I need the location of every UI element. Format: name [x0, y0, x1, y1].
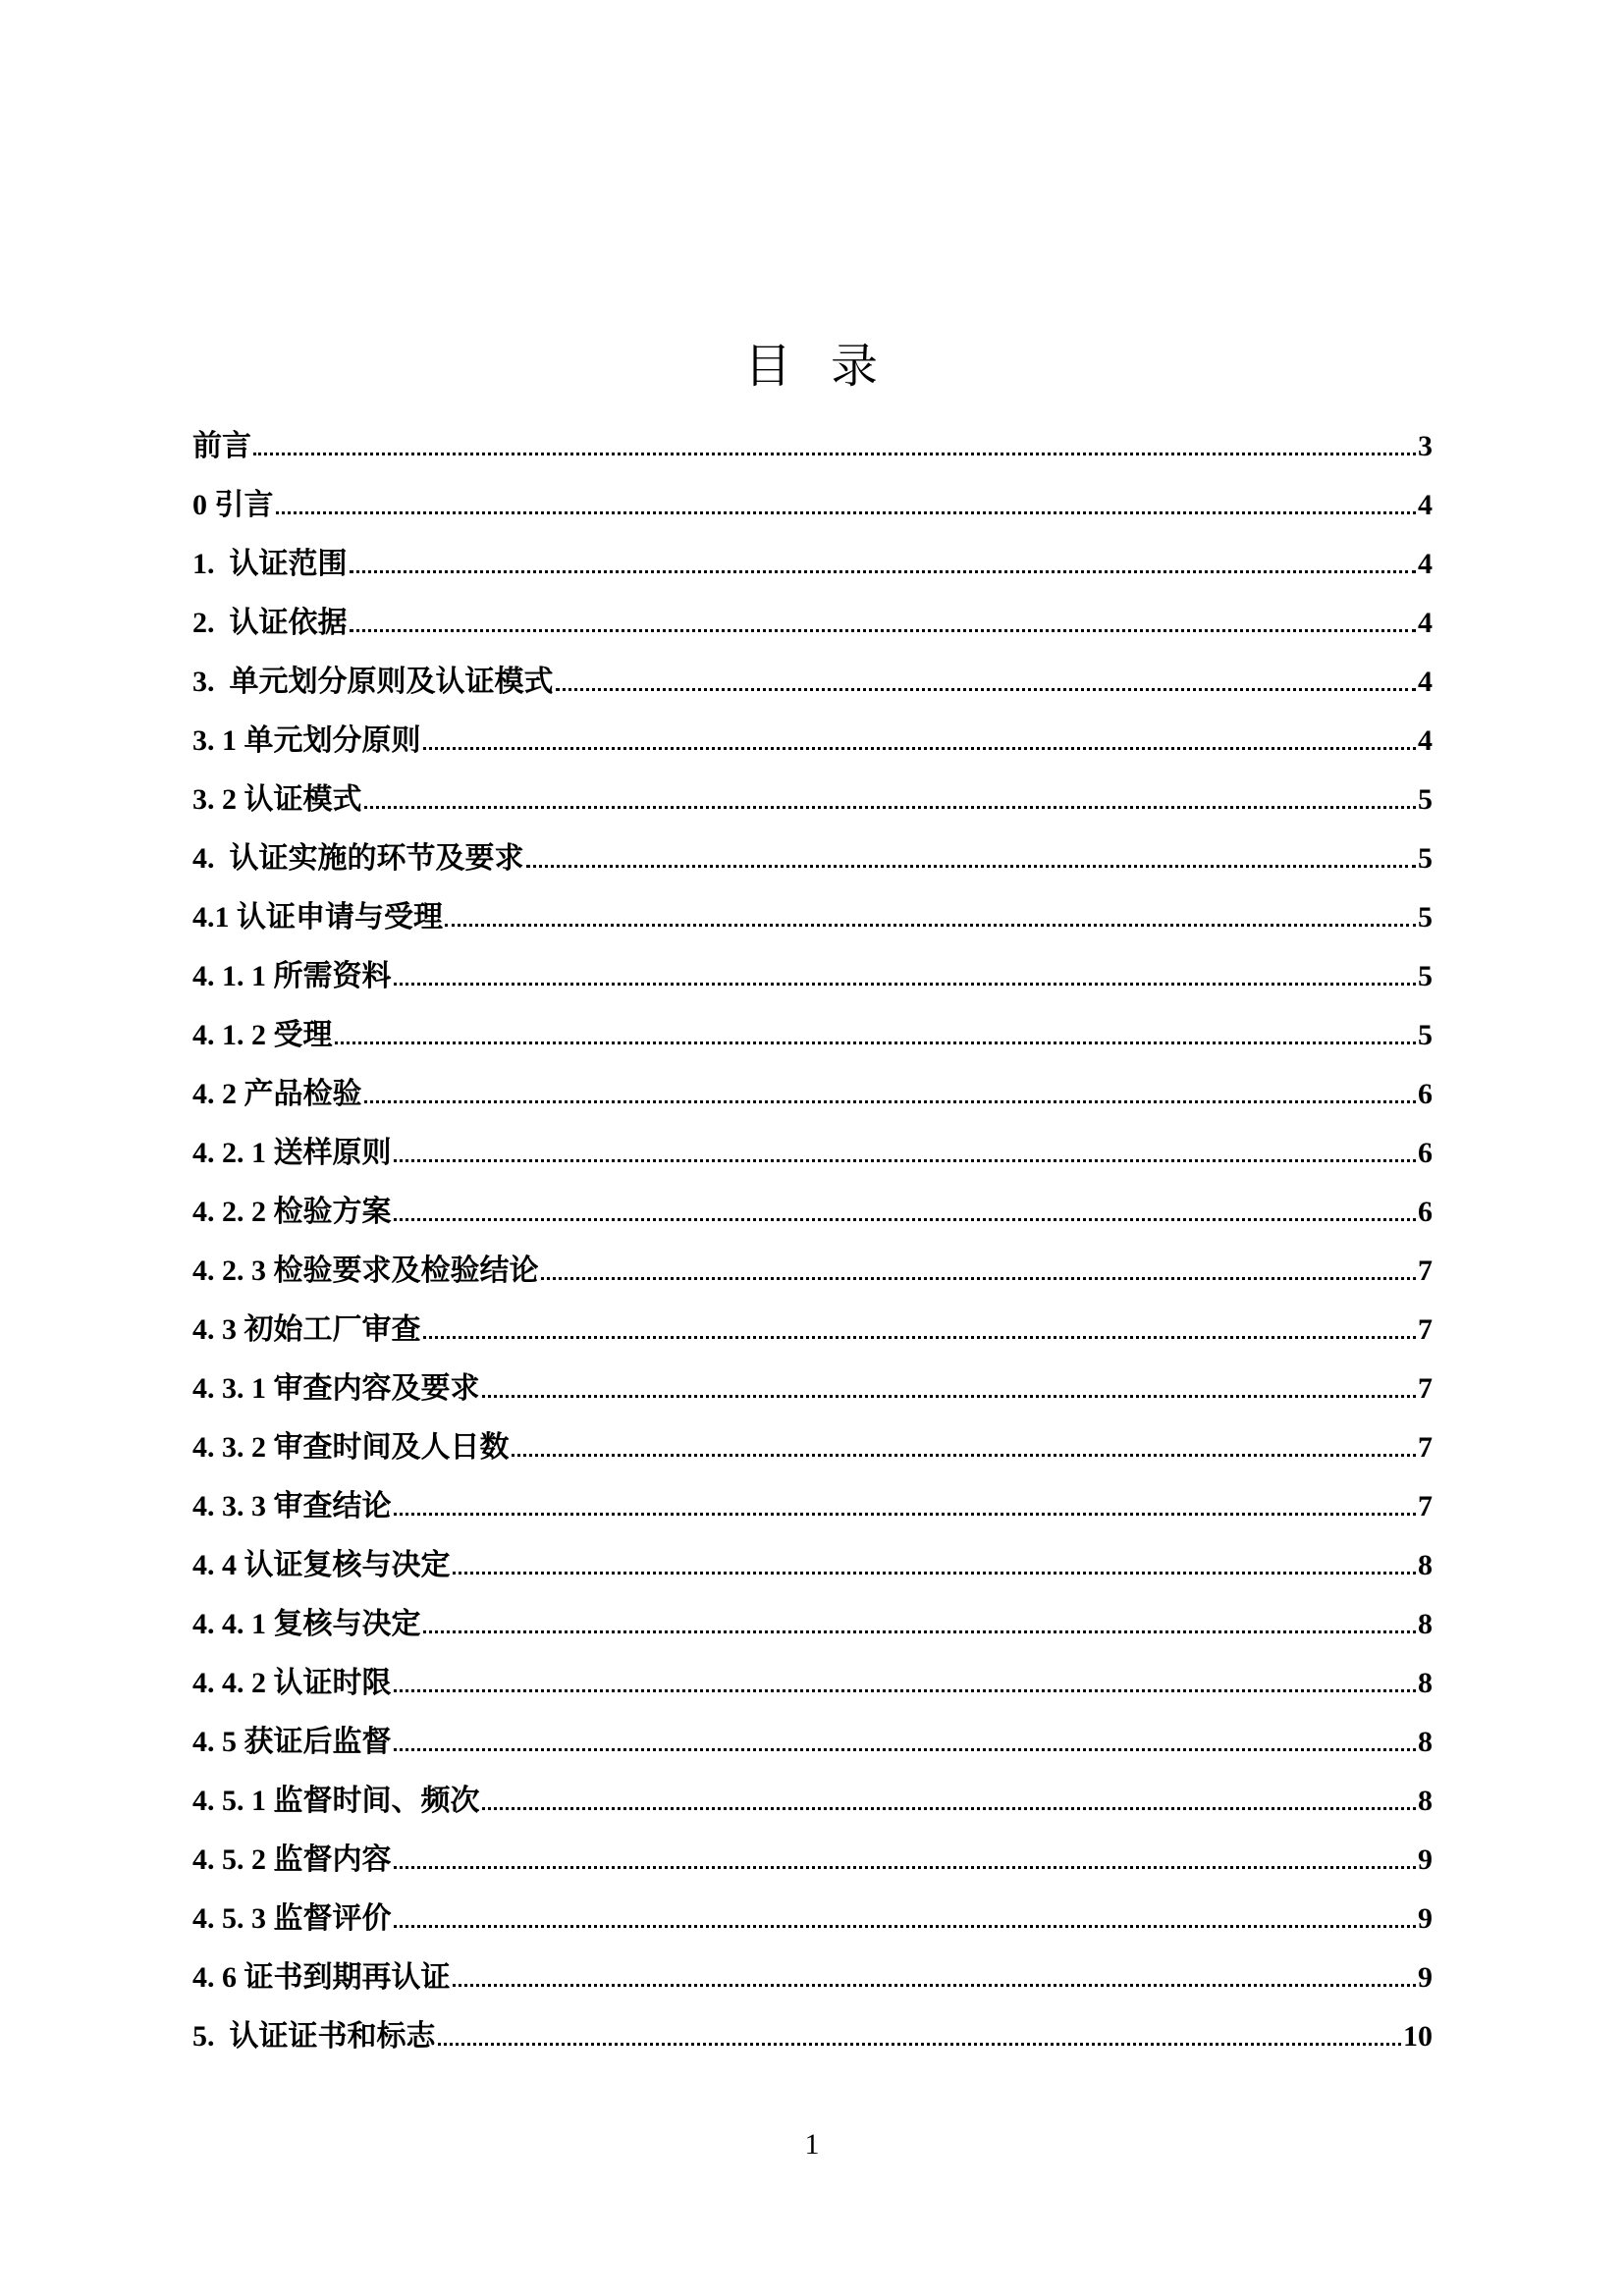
- toc-entry: 4. 3 初始工厂审查 7: [192, 1302, 1433, 1361]
- toc-entry-page: 4: [1418, 607, 1433, 641]
- toc-entry-label: 4. 4. 1 复核与决定: [192, 1608, 421, 1642]
- toc-entry-label: 4. 2. 3 检验要求及检验结论: [192, 1255, 539, 1289]
- toc-entry: 4. 3. 3 审查结论 7: [192, 1478, 1433, 1537]
- toc-entry-page: 6: [1418, 1137, 1433, 1171]
- toc-entry-label: 5. 认证证书和标志: [192, 2020, 436, 2055]
- toc-entry-label: 3. 2 认证模式: [192, 783, 362, 818]
- toc-entry-page: 5: [1418, 901, 1433, 935]
- toc-entry-page: 8: [1418, 1549, 1433, 1583]
- toc-entry-label: 4. 3. 2 审查时间及人日数: [192, 1431, 510, 1466]
- dot-leader: [541, 1248, 1417, 1280]
- toc-entry: 4. 5. 2 监督内容 9: [192, 1832, 1433, 1891]
- dot-leader: [350, 600, 1417, 632]
- toc-entry-label: 2. 认证依据: [192, 607, 348, 641]
- dot-leader: [394, 1189, 1417, 1221]
- toc-entry-page: 7: [1418, 1313, 1433, 1348]
- toc-entry: 2. 认证依据 4: [192, 595, 1433, 654]
- toc-entry-label: 4. 3. 1 审查内容及要求: [192, 1372, 480, 1407]
- toc-entry-label: 4. 5 获证后监督: [192, 1726, 392, 1760]
- toc-entry-page: 3: [1418, 430, 1433, 464]
- dot-leader: [394, 1837, 1417, 1869]
- toc-entry-page: 5: [1418, 842, 1433, 877]
- dot-leader: [453, 1954, 1417, 1987]
- dot-leader: [556, 659, 1417, 691]
- dot-leader: [394, 1896, 1417, 1928]
- dot-leader: [394, 1660, 1417, 1692]
- toc-entry-page: 8: [1418, 1726, 1433, 1760]
- toc-entry-label: 4. 6 证书到期再认证: [192, 1961, 451, 1996]
- toc-entry-label: 3. 单元划分原则及认证模式: [192, 666, 554, 700]
- toc-entry: 3. 单元划分原则及认证模式 4: [192, 654, 1433, 713]
- toc-entry-label: 4. 2 产品检验: [192, 1078, 362, 1112]
- toc-entry-page: 9: [1418, 1843, 1433, 1878]
- toc-entry: 前言 3: [192, 418, 1433, 477]
- toc-entry-label: 4. 认证实施的环节及要求: [192, 842, 524, 877]
- toc-entry: 5. 认证证书和标志 10: [192, 2008, 1433, 2067]
- dot-leader: [364, 776, 1417, 809]
- dot-leader: [276, 482, 1417, 514]
- toc-entry-label: 4. 3. 3 审查结论: [192, 1490, 392, 1524]
- dot-leader: [526, 835, 1417, 868]
- toc-entry-page: 8: [1418, 1785, 1433, 1819]
- document-page: 目 录 前言 3 0 引言 4 1. 认证范围 4 2. 认证依据 4 3. 单…: [0, 0, 1624, 2296]
- dot-leader: [482, 1365, 1417, 1398]
- toc-entry-label: 4. 1. 2 受理: [192, 1019, 333, 1053]
- toc-entry-label: 4. 5. 1 监督时间、频次: [192, 1785, 480, 1819]
- toc-entry-page: 4: [1418, 489, 1433, 523]
- toc-entry-label: 4. 3 初始工厂审查: [192, 1313, 421, 1348]
- toc-entry-page: 6: [1418, 1196, 1433, 1230]
- toc-entry: 3. 1 单元划分原则 4: [192, 713, 1433, 772]
- toc-entry-label: 4. 4. 2 认证时限: [192, 1667, 392, 1701]
- dot-leader: [438, 2013, 1402, 2046]
- toc-entry-label: 4. 4 认证复核与决定: [192, 1549, 451, 1583]
- toc-entry-label: 4. 2. 1 送样原则: [192, 1137, 392, 1171]
- toc-entry-page: 7: [1418, 1431, 1433, 1466]
- toc-entry-page: 5: [1418, 783, 1433, 818]
- toc-entry-page: 8: [1418, 1667, 1433, 1701]
- toc-entry: 4. 3. 2 审查时间及人日数 7: [192, 1419, 1433, 1478]
- toc-entry-page: 9: [1418, 1902, 1433, 1937]
- toc-entry-page: 10: [1403, 2020, 1433, 2055]
- toc-entry-label: 4.1 认证申请与受理: [192, 901, 443, 935]
- toc-entry: 3. 2 认证模式 5: [192, 772, 1433, 830]
- dot-leader: [423, 718, 1417, 750]
- toc-entry: 4. 2. 3 检验要求及检验结论 7: [192, 1243, 1433, 1302]
- dot-leader: [423, 1307, 1417, 1339]
- dot-leader: [364, 1071, 1417, 1103]
- dot-leader: [394, 1483, 1417, 1516]
- toc-entry-page: 7: [1418, 1372, 1433, 1407]
- dot-leader: [512, 1424, 1417, 1457]
- toc-entry-page: 4: [1418, 548, 1433, 582]
- toc-entry: 4. 5. 1 监督时间、频次 8: [192, 1773, 1433, 1832]
- toc-entry: 4. 6 证书到期再认证 9: [192, 1949, 1433, 2008]
- toc-entry: 4. 1. 1 所需资料 5: [192, 948, 1433, 1007]
- toc-entry-label: 1. 认证范围: [192, 548, 348, 582]
- toc-entry-page: 8: [1418, 1608, 1433, 1642]
- document-title: 目 录: [0, 328, 1624, 396]
- toc-entry-label: 4. 5. 3 监督评价: [192, 1902, 392, 1937]
- toc-entry-page: 5: [1418, 960, 1433, 994]
- toc-entry: 0 引言 4: [192, 477, 1433, 536]
- toc-entry-page: 7: [1418, 1490, 1433, 1524]
- toc-entry: 4. 4. 2 认证时限 8: [192, 1655, 1433, 1714]
- toc-entry: 4. 4 认证复核与决定 8: [192, 1537, 1433, 1596]
- toc-entry-label: 0 引言: [192, 489, 274, 523]
- footer-page-number: 1: [0, 2128, 1624, 2162]
- toc-entry-page: 6: [1418, 1078, 1433, 1112]
- dot-leader: [394, 1719, 1417, 1751]
- toc-entry: 4. 5 获证后监督 8: [192, 1714, 1433, 1773]
- toc-entry: 4. 3. 1 审查内容及要求 7: [192, 1361, 1433, 1419]
- dot-leader: [394, 1130, 1417, 1162]
- toc-list: 前言 3 0 引言 4 1. 认证范围 4 2. 认证依据 4 3. 单元划分原…: [192, 418, 1433, 2067]
- toc-entry-page: 5: [1418, 1019, 1433, 1053]
- toc-entry: 4. 1. 2 受理 5: [192, 1007, 1433, 1066]
- dot-leader: [423, 1601, 1417, 1633]
- dot-leader: [335, 1012, 1417, 1044]
- toc-entry: 1. 认证范围 4: [192, 536, 1433, 595]
- toc-entry: 4. 2. 1 送样原则 6: [192, 1125, 1433, 1184]
- toc-entry: 4. 认证实施的环节及要求 5: [192, 830, 1433, 889]
- toc-entry: 4. 2. 2 检验方案 6: [192, 1184, 1433, 1243]
- toc-entry: 4. 4. 1 复核与决定 8: [192, 1596, 1433, 1655]
- toc-entry: 4. 5. 3 监督评价 9: [192, 1891, 1433, 1949]
- dot-leader: [445, 894, 1416, 927]
- dot-leader: [253, 423, 1416, 455]
- toc-entry-label: 3. 1 单元划分原则: [192, 724, 421, 759]
- dot-leader: [482, 1778, 1417, 1810]
- toc-entry: 4.1 认证申请与受理 5: [192, 889, 1433, 948]
- toc-entry-label: 4. 2. 2 检验方案: [192, 1196, 392, 1230]
- dot-leader: [394, 953, 1417, 986]
- toc-entry: 4. 2 产品检验 6: [192, 1066, 1433, 1125]
- dot-leader: [350, 541, 1417, 573]
- dot-leader: [453, 1542, 1417, 1575]
- toc-entry-page: 4: [1418, 724, 1433, 759]
- toc-entry-page: 9: [1418, 1961, 1433, 1996]
- toc-entry-label: 前言: [192, 430, 251, 464]
- toc-entry-label: 4. 1. 1 所需资料: [192, 960, 392, 994]
- toc-entry-label: 4. 5. 2 监督内容: [192, 1843, 392, 1878]
- toc-entry-page: 7: [1418, 1255, 1433, 1289]
- toc-entry-page: 4: [1418, 666, 1433, 700]
